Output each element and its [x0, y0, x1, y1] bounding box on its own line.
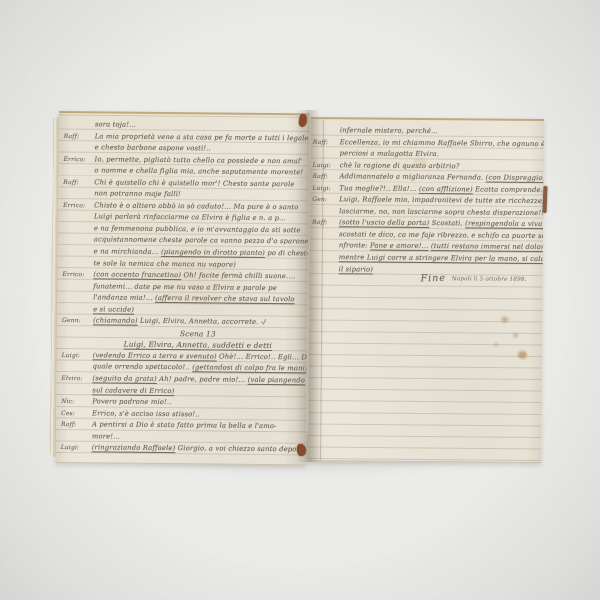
fine-row: Fine Napoli li 5 ottobre 1898. — [340, 272, 533, 288]
fine-label: Fine — [421, 273, 447, 285]
manuscript-photo: sora toja!...Raff:La mia proprietà vene … — [0, 0, 600, 600]
speaker-label: Elvira: — [61, 373, 91, 385]
speaker-label: Errico: — [62, 269, 92, 281]
line-text: (ringraziando Raffaele) Giorgio, a voi c… — [92, 443, 302, 457]
cover-edge — [543, 186, 548, 213]
foxing-spot — [501, 317, 508, 323]
speaker-label: Raff: — [64, 131, 94, 143]
speaker-label: Nic: — [61, 396, 91, 408]
speaker-label: Luigi: — [62, 350, 92, 362]
speaker-label: Errico: — [63, 154, 93, 166]
speaker-label: Raff: — [61, 419, 91, 431]
manuscript-line: Luigi:(ringraziando Raffaele) Giorgio, a… — [56, 442, 306, 456]
speaker-label: Luigi: — [61, 442, 91, 454]
speaker-label: Errico: — [63, 200, 93, 212]
speaker-label: Genn: — [62, 315, 92, 327]
right-page: infernale mistero, perché...Raff:Eccelle… — [308, 117, 544, 463]
left-page-text: sora toja!...Raff:La mia proprietà vene … — [56, 119, 309, 456]
foxing-spot — [494, 343, 498, 347]
speaker-label: Ces: — [61, 408, 91, 420]
foxing-spot — [414, 158, 428, 166]
dateline: Napoli li 5 ottobre 1898. — [452, 276, 527, 283]
binding-gutter — [296, 110, 320, 462]
speaker-label: Raff: — [63, 177, 93, 189]
foxing-spot — [518, 351, 527, 359]
left-page: sora toja!...Raff:La mia proprietà vene … — [56, 111, 309, 465]
right-page-text: infernale mistero, perché...Raff:Eccelle… — [310, 125, 544, 277]
foxing-spot — [513, 333, 518, 338]
